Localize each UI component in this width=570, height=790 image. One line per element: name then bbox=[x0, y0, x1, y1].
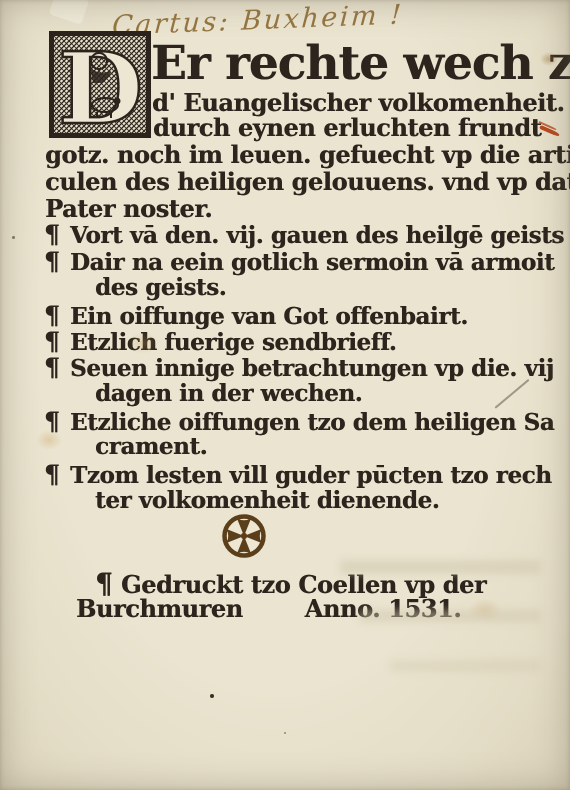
contents-item-6: ¶Etzliche oiffungen tzo dem heiligen Sa bbox=[44, 407, 554, 436]
contents-item-3: ¶Ein oiffunge van Got offenbairt. bbox=[44, 301, 468, 330]
title-line-6: Pater noster. bbox=[45, 194, 212, 223]
paper-chip bbox=[49, 0, 89, 25]
contents-item-1: ¶Vort vā den. vij. gauen des heilgē geis… bbox=[44, 220, 564, 249]
contents-item-6-text: Etzliche oiffungen tzo dem heiligen Sa bbox=[70, 409, 554, 436]
contents-item-7: ¶Tzom lesten vill guder pūcten tzo rech bbox=[44, 460, 552, 489]
contents-item-3-text: Ein oiffunge van Got offenbairt. bbox=[70, 303, 468, 330]
contents-item-2-cont: des geists. bbox=[95, 274, 226, 301]
contents-item-4: ¶Etzlich fuerige sendbrieff. bbox=[44, 327, 396, 356]
title-line-3: durch eynen erluchten frundt bbox=[153, 113, 541, 142]
contents-item-5-text: Seuen innige betrachtungen vp die. vij bbox=[70, 355, 554, 382]
ink-speck bbox=[284, 732, 286, 734]
title-line-5: culen des heiligen gelouuens. vnd vp dat bbox=[45, 167, 570, 196]
book-title-page: Cartus: Buxheim ! D Er rechte wech za d'… bbox=[0, 0, 570, 790]
rust-ink-mark bbox=[539, 125, 560, 137]
foxing-stain bbox=[468, 598, 502, 622]
contents-item-2: ¶Dair na eein gotlich sermoin vā armoit bbox=[44, 247, 554, 276]
woodcut-initial-graphic: D bbox=[49, 31, 151, 138]
contents-item-2-text: Dair na eein gotlich sermoin vā armoit bbox=[70, 249, 554, 276]
svg-text:D: D bbox=[58, 32, 143, 138]
imprint-line-2: BurchmurenAnno. 1531. bbox=[76, 594, 461, 623]
pilcrow-icon: ¶ bbox=[44, 407, 70, 436]
pilcrow-icon: ¶ bbox=[44, 247, 70, 276]
wheel-cross-rosette-icon bbox=[221, 513, 267, 559]
ink-speck bbox=[12, 236, 15, 239]
contents-item-4-text: Etzlich fuerige sendbrieff. bbox=[70, 329, 396, 356]
imprint-place: Burchmuren bbox=[76, 594, 243, 623]
contents-item-7-text: Tzom lesten vill guder pūcten tzo rech bbox=[70, 462, 552, 489]
title-line-4: gotz. noch im leuen. gefuecht vp die art… bbox=[45, 140, 570, 169]
contents-item-5: ¶Seuen innige betrachtungen vp die. vij bbox=[44, 353, 554, 382]
contents-item-1-text: Vort vā den. vij. gauen des heilgē geist… bbox=[70, 222, 564, 249]
imprint-year: Anno. 1531. bbox=[305, 594, 462, 623]
pilcrow-icon: ¶ bbox=[44, 460, 70, 489]
pilcrow-icon: ¶ bbox=[44, 353, 70, 382]
paper-scratch bbox=[494, 379, 529, 409]
title-line-1: Er rechte wech za bbox=[151, 36, 570, 91]
verso-showthrough bbox=[390, 660, 540, 672]
ink-speck bbox=[210, 694, 214, 698]
pilcrow-icon: ¶ bbox=[44, 327, 70, 356]
pilcrow-icon: ¶ bbox=[44, 301, 70, 330]
contents-item-6-cont: crament. bbox=[95, 433, 207, 460]
pilcrow-icon: ¶ bbox=[44, 220, 70, 249]
woodcut-initial-D: D bbox=[49, 31, 151, 138]
contents-item-7-cont: ter volkomenheit dienende. bbox=[95, 487, 439, 514]
contents-item-5-cont: dagen in der wechen. bbox=[95, 380, 362, 407]
